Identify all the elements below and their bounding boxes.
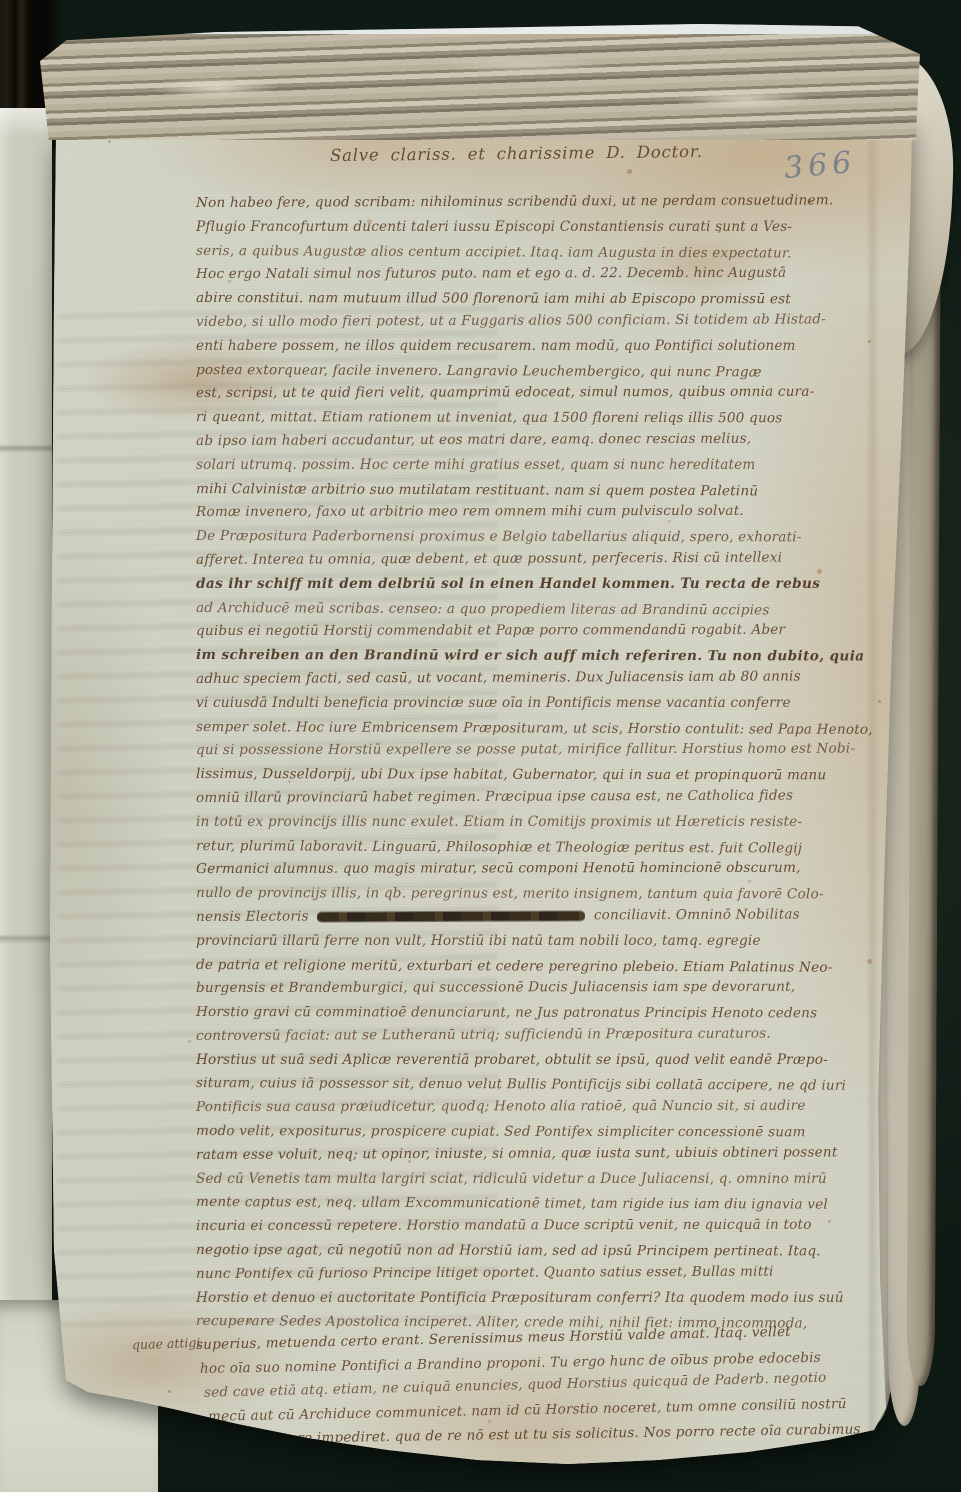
manuscript-line: incuria ei concessū repetere. Horstio ma…: [196, 1214, 886, 1239]
manuscript-line: nunc Pontifex cū furioso Principe litige…: [196, 1260, 886, 1287]
line-text: conciliavit. Omninō Nobilitas: [589, 906, 800, 923]
manuscript-line: vi cuiusdā Indulti beneficia provinciæ s…: [196, 692, 886, 716]
manuscript-line: qui si possessione Horstiū expellere se …: [196, 738, 886, 763]
manuscript-line: in totū ex provincijs illis nunc exulet.…: [196, 811, 886, 835]
manuscript-line: Germanici alumnus. quo magis miratur, se…: [196, 857, 886, 882]
manuscript-page: Salve clariss. et charissime D. Doctor. …: [48, 100, 918, 1472]
manuscript-line: videbo, si ullo modo fieri potest, ut a …: [196, 308, 886, 335]
manuscript-line: Pontificis sua causa præiudicetur, quodq…: [196, 1095, 886, 1120]
manuscript-line: Pflugio Francofurtum ducenti taleri iuss…: [196, 216, 886, 240]
manuscript-line: enti habere possem, ne illos quidem recu…: [196, 335, 886, 359]
manuscript-photo: Salve clariss. et charissime D. Doctor. …: [0, 0, 961, 1492]
manuscript-line: provinciarū illarū ferre non vult, Horst…: [196, 930, 886, 954]
manuscript-line: das ihr schiff mit dem delbriū sol in ei…: [196, 573, 886, 597]
manuscript-line: controversū faciat: aut se Lutheranū utr…: [196, 1022, 886, 1049]
manuscript-line: omniū illarū provinciarū habet regimen. …: [196, 784, 886, 811]
folio-number: 366: [783, 145, 858, 186]
manuscript-line: adhuc speciem facti, sed casū, ut vocant…: [196, 665, 886, 692]
manuscript-line: est, scripsi, ut te quid fieri velit, qu…: [196, 381, 886, 406]
line-text: nensis Electoris: [196, 908, 313, 924]
manuscript-line: afferet. Interea tu omnia, quæ debent, e…: [196, 546, 886, 573]
page-stack-top-edges: [40, 24, 920, 140]
manuscript-line: Non habeo fere, quod scribam: nihilominu…: [196, 189, 886, 216]
text-block: Non habeo fere, quod scribam: nihilominu…: [196, 192, 886, 1453]
manuscript-line: Sed cū Venetis tam multa largiri sciat, …: [196, 1168, 886, 1192]
letter-salutation: Salve clariss. et charissime D. Doctor.: [330, 142, 703, 165]
manuscript-line: burgensis et Brandemburgici, qui success…: [196, 976, 886, 1001]
underlying-page-left-edge: [0, 108, 52, 1492]
manuscript-line: solari utrumq. possim. Hoc certe mihi gr…: [196, 454, 886, 478]
manuscript-line: Romæ invenero, faxo ut arbitrio meo rem …: [196, 500, 886, 525]
manuscript-line: ab ipso iam haberi accudantur, ut eos ma…: [196, 427, 886, 454]
manuscript-line: Horstius ut suā sedi Aplicæ reverentiā p…: [196, 1049, 886, 1073]
manuscript-line: nensis Electoris conciliavit. Omninō Nob…: [196, 903, 886, 930]
manuscript-line: Hoc ergo Natali simul nos futuros puto. …: [196, 262, 886, 287]
margin-insertion-note: quae attigi: [132, 1335, 201, 1352]
manuscript-line: quibus ei negotiū Horstij commendabit et…: [196, 619, 886, 644]
foxing-spots: [108, 140, 111, 143]
redaction-blot: [317, 911, 585, 921]
manuscript-line: Horstio et denuo ei auctoritate Pontific…: [196, 1287, 886, 1311]
manuscript-line: ratam esse voluit, neq; ut opinor, inius…: [196, 1141, 886, 1168]
manuscript-page-wrap: Salve clariss. et charissime D. Doctor. …: [48, 100, 918, 1472]
